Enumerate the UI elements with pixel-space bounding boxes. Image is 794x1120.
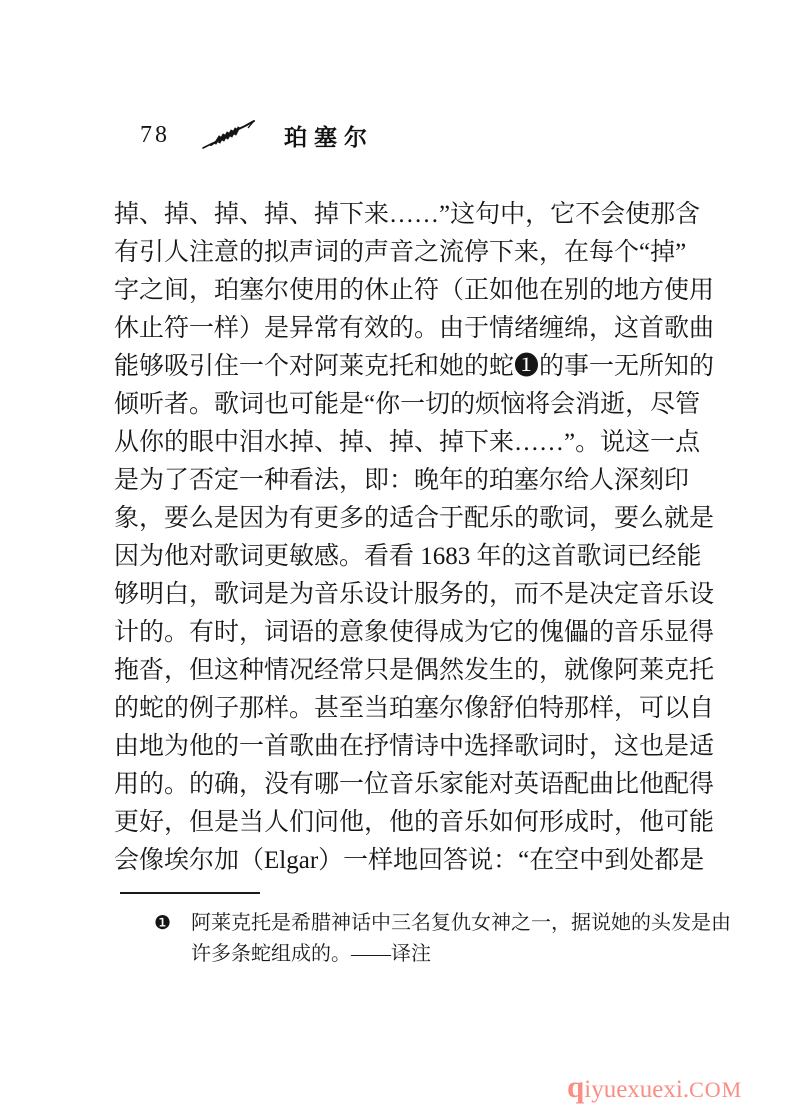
running-header: 78 珀塞尔 <box>140 118 374 152</box>
footnote-marker-icon: ❶ <box>154 908 171 939</box>
body-line: 更好，但是当人们问他，他的音乐如何形成时，他可能 <box>114 804 684 842</box>
watermark-middle: iyuexuexi <box>584 1076 683 1103</box>
pen-flourish-icon <box>200 118 258 152</box>
book-page: 78 珀塞尔 掉、掉、掉、掉、掉下来……”这句中，它不会使那含 有引人注意的拟声… <box>0 0 794 1120</box>
footnote-line: 阿莱克托是希腊神话中三名复仇女神之一，据说她的头发是由 <box>191 908 681 939</box>
book-title: 珀塞尔 <box>284 119 374 152</box>
footnote-line: 许多条蛇组成的。——译注 <box>191 939 681 970</box>
body-text: 掉、掉、掉、掉、掉下来……”这句中，它不会使那含 有引人注意的拟声词的声音之流停… <box>114 196 684 880</box>
body-line: 是为了否定一种看法，即：晚年的珀塞尔给人深刻印 <box>114 462 684 500</box>
footnote: ❶ 阿莱克托是希腊神话中三名复仇女神之一，据说她的头发是由 许多条蛇组成的。——… <box>154 908 686 970</box>
body-line: 倾听者。歌词也可能是“你一切的烦恼将会消逝，尽管 <box>114 386 684 424</box>
body-line: 的蛇的例子那样。甚至当珀塞尔像舒伯特那样，可以自 <box>114 690 684 728</box>
page-number: 78 <box>140 122 170 149</box>
watermark-initial: q <box>567 1069 584 1104</box>
body-line: 休止符一样）是异常有效的。由于情绪缠绵，这首歌曲 <box>114 310 684 348</box>
body-line: 因为他对歌词更敏感。看看 1683 年的这首歌词已经能 <box>114 538 684 576</box>
body-line: 能够吸引住一个对阿莱克托和她的蛇❶的事一无所知的 <box>114 348 684 386</box>
body-line: 会像埃尔加（Elgar）一样地回答说：“在空中到处都是 <box>114 842 684 880</box>
body-line: 用的。的确，没有哪一位音乐家能对英语配曲比他配得 <box>114 766 684 804</box>
body-line: 够明白，歌词是为音乐设计服务的，而不是决定音乐设 <box>114 576 684 614</box>
footnote-text: 阿莱克托是希腊神话中三名复仇女神之一，据说她的头发是由 许多条蛇组成的。——译注 <box>191 908 681 970</box>
body-line: 象，要么是因为有更多的适合于配乐的歌词，要么就是 <box>114 500 684 538</box>
body-line: 由地为他的一首歌曲在抒情诗中选择歌词时，这也是适 <box>114 728 684 766</box>
body-line: 计的。有时，词语的意象使得成为它的傀儡的音乐显得 <box>114 614 684 652</box>
footnote-separator <box>120 892 260 894</box>
site-watermark: qiyuexuexi.COM <box>567 1072 742 1104</box>
watermark-tld: COM <box>689 1077 742 1102</box>
body-line: 掉、掉、掉、掉、掉下来……”这句中，它不会使那含 <box>114 196 684 234</box>
body-line: 字之间，珀塞尔使用的休止符（正如他在别的地方使用 <box>114 272 684 310</box>
body-line: 拖沓，但这种情况经常只是偶然发生的，就像阿莱克托 <box>114 652 684 690</box>
body-line: 有引人注意的拟声词的声音之流停下来，在每个“掉” <box>114 234 684 272</box>
body-line: 从你的眼中泪水掉、掉、掉、掉下来……”。说这一点 <box>114 424 684 462</box>
